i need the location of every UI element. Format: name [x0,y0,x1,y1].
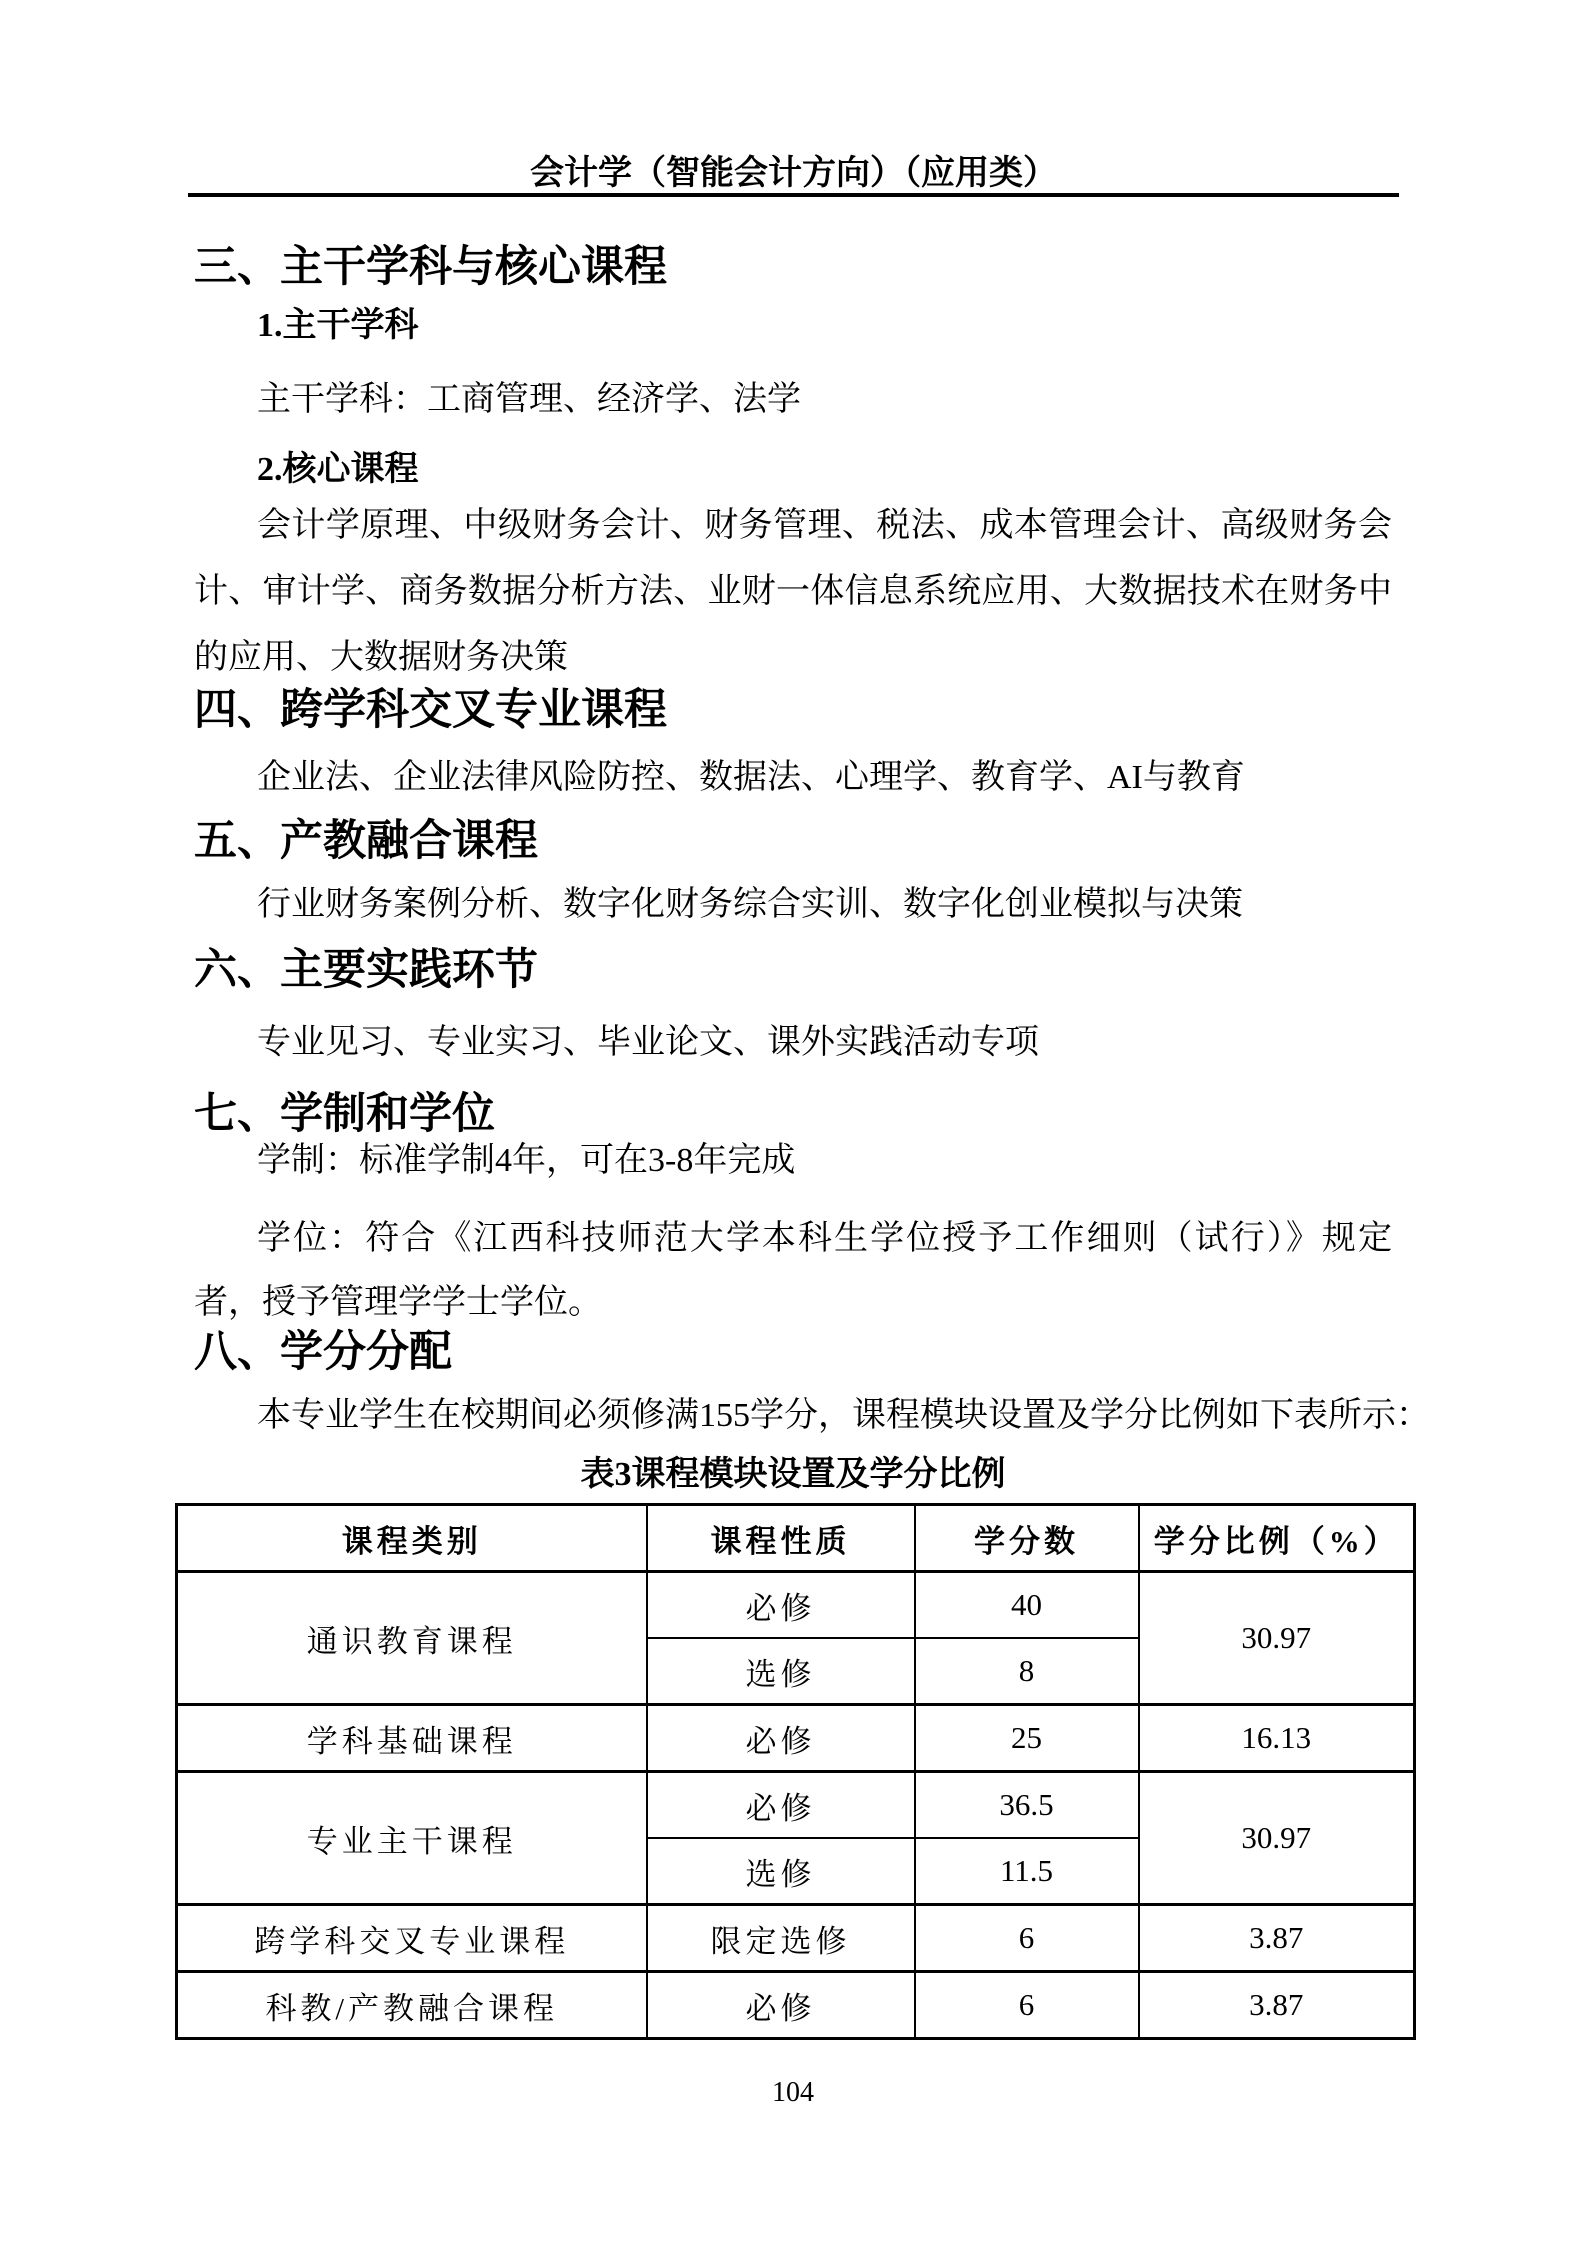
subheading-main-subjects: 1.主干学科 [194,306,1392,346]
cell-category: 跨学科交叉专业课程 [177,1905,647,1972]
credit-distribution-table: 课程类别 课程性质 学分数 学分比例（%） 通识教育课程 必修 40 30.97… [175,1503,1416,2040]
cell-credits: 8 [915,1638,1139,1705]
paragraph-duration: 学制：标准学制4年，可在3-8年完成 [194,1141,1392,1181]
col-header-nature: 课程性质 [647,1505,915,1572]
cell-credits: 6 [915,1905,1139,1972]
cell-category: 通识教育课程 [177,1572,647,1705]
table-row: 专业主干课程 必修 36.5 30.97 [177,1772,1415,1839]
cell-credits: 11.5 [915,1838,1139,1905]
section-heading-5: 五、产教融合课程 [194,817,1454,865]
cell-nature: 必修 [647,1772,915,1839]
section-heading-3: 三、主干学科与核心课程 [194,243,1454,291]
cell-ratio: 30.97 [1139,1572,1415,1705]
col-header-category: 课程类别 [177,1505,647,1572]
cell-ratio: 3.87 [1139,1972,1415,2039]
table-row: 科教/产教融合课程 必修 6 3.87 [177,1972,1415,2039]
section-heading-8: 八、学分分配 [194,1328,1454,1376]
paragraph-interdisciplinary-courses: 企业法、企业法律风险防控、数据法、心理学、教育学、AI与教育 [194,758,1392,798]
table-row: 跨学科交叉专业课程 限定选修 6 3.87 [177,1905,1415,1972]
header-rule [188,193,1399,197]
table-caption: 表3课程模块设置及学分比例 [0,1455,1586,1495]
cell-category: 专业主干课程 [177,1772,647,1905]
col-header-ratio: 学分比例（%） [1139,1505,1415,1572]
table-row: 通识教育课程 必修 40 30.97 [177,1572,1415,1639]
cell-nature: 必修 [647,1705,915,1772]
paragraph-degree: 学位：符合《江西科技师范大学本科生学位授予工作细则（试行）》规定者，授予管理学学… [194,1207,1392,1335]
section-heading-4: 四、跨学科交叉专业课程 [194,686,1454,734]
paragraph-credit-intro: 本专业学生在校期间必须修满155学分，课程模块设置及学分比例如下表所示： [194,1396,1392,1436]
cell-credits: 40 [915,1572,1139,1639]
paragraph-main-subjects: 主干学科：工商管理、经济学、法学 [194,380,1392,420]
cell-nature: 选修 [647,1838,915,1905]
cell-category: 科教/产教融合课程 [177,1972,647,2039]
table-row: 学科基础课程 必修 25 16.13 [177,1705,1415,1772]
cell-nature: 必修 [647,1572,915,1639]
cell-nature: 限定选修 [647,1905,915,1972]
cell-credits: 36.5 [915,1772,1139,1839]
running-head-title: 会计学（智能会计方向）（应用类） [188,153,1399,193]
document-page: 会计学（智能会计方向）（应用类） 三、主干学科与核心课程 1.主干学科 主干学科… [0,0,1586,2245]
paragraph-industry-education-courses: 行业财务案例分析、数字化财务综合实训、数字化创业模拟与决策 [194,885,1392,925]
cell-credits: 25 [915,1705,1139,1772]
cell-ratio: 30.97 [1139,1772,1415,1905]
page-number: 104 [0,2073,1586,2113]
cell-nature: 选修 [647,1638,915,1705]
table-header-row: 课程类别 课程性质 学分数 学分比例（%） [177,1505,1415,1572]
col-header-credits: 学分数 [915,1505,1139,1572]
paragraph-practice-links: 专业见习、专业实习、毕业论文、课外实践活动专项 [194,1023,1392,1063]
cell-ratio: 3.87 [1139,1905,1415,1972]
section-heading-7: 七、学制和学位 [194,1090,1454,1138]
section-heading-6: 六、主要实践环节 [194,946,1454,994]
cell-ratio: 16.13 [1139,1705,1415,1772]
cell-nature: 必修 [647,1972,915,2039]
cell-category: 学科基础课程 [177,1705,647,1772]
paragraph-core-courses: 会计学原理、中级财务会计、财务管理、税法、成本管理会计、高级财务会计、审计学、商… [194,493,1392,691]
subheading-core-courses: 2.核心课程 [194,450,1392,490]
cell-credits: 6 [915,1972,1139,2039]
